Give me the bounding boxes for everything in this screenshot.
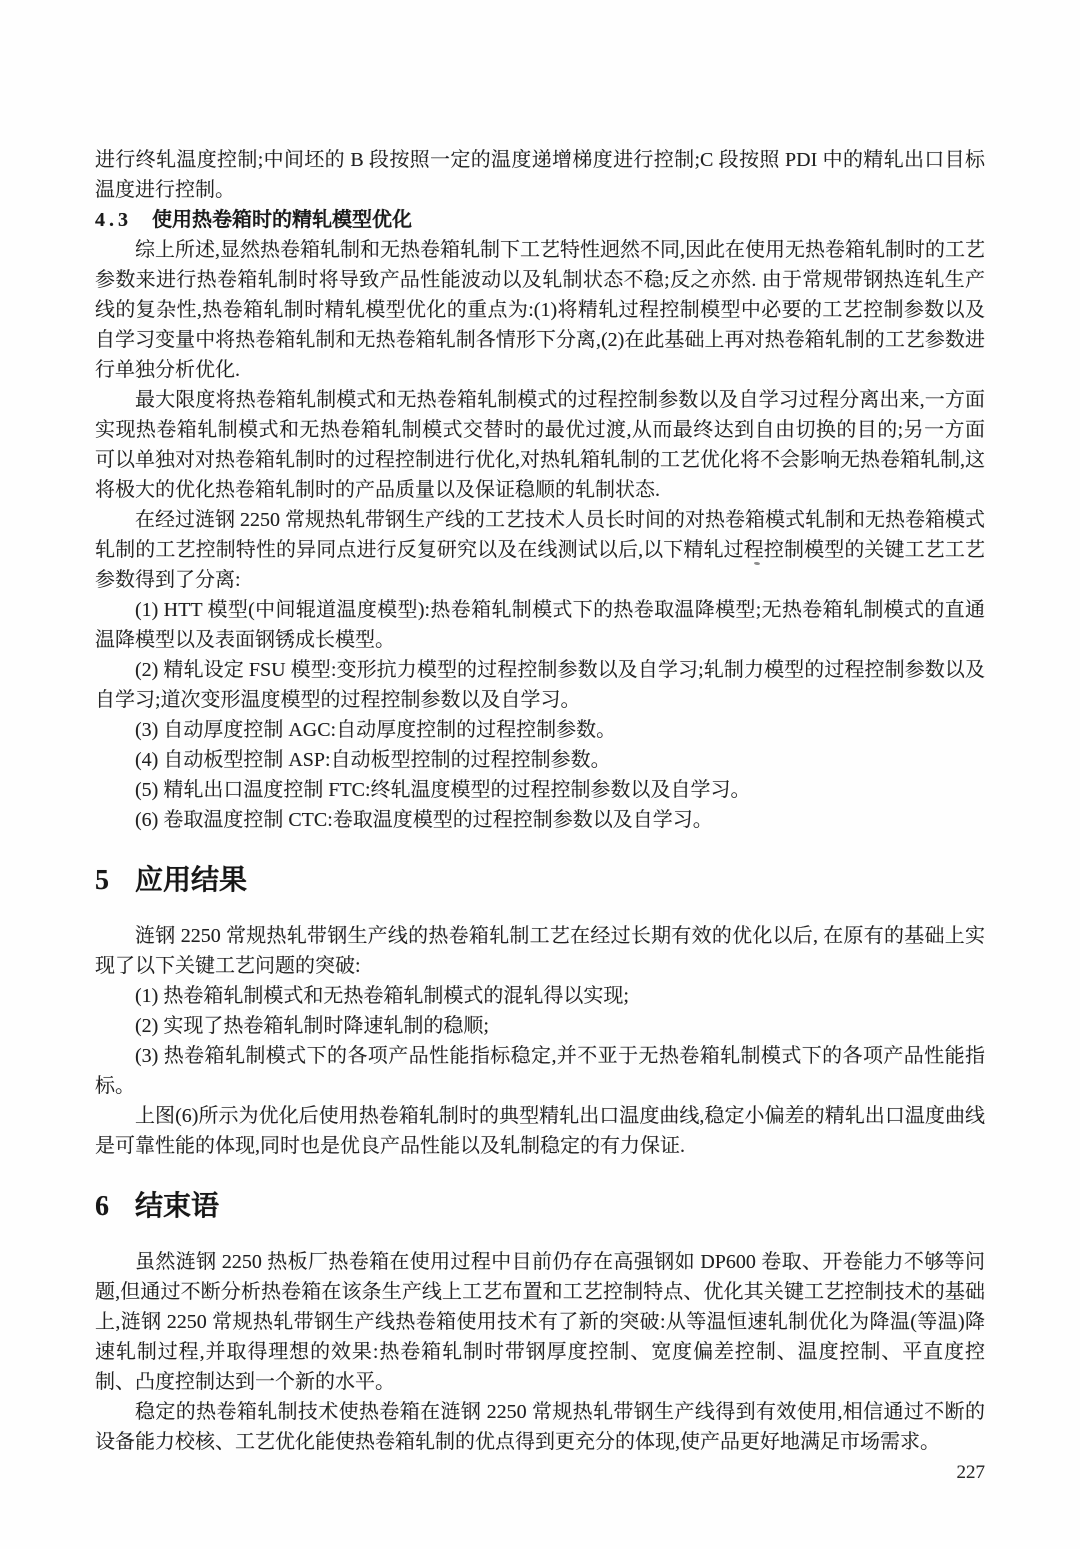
section-5-heading: 5应用结果 (95, 864, 985, 898)
page-content: 进行终轧温度控制;中间坯的 B 段按照一定的温度递增梯度进行控制;C 段按照 P… (95, 145, 985, 1485)
model-list-item-ftc: (5) 精轧出口温度控制 FTC:终轧温度模型的过程控制参数以及自学习。 (95, 775, 985, 805)
section-4-3-heading: 4.3使用热卷箱时的精轧模型优化 (95, 205, 985, 235)
paragraph-temperature-curve: 上图(6)所示为优化后使用热卷箱轧制时的典型精轧出口温度曲线,稳定小偏差的精轧出… (95, 1101, 985, 1161)
paragraph-conclusion-outlook: 稳定的热卷箱轧制技术使热卷箱在涟钢 2250 常规热轧带钢生产线得到有效使用,相… (95, 1397, 985, 1457)
result-list-item-2: (2) 实现了热卷箱轧制时降速轧制的稳顺; (95, 1011, 985, 1041)
paragraph-application-intro: 涟钢 2250 常规热轧带钢生产线的热卷箱轧制工艺在经过长期有效的优化以后, 在… (95, 921, 985, 981)
section-5-number: 5 (95, 865, 109, 896)
scanned-paper-page: 进行终轧温度控制;中间坯的 B 段按照一定的温度递增梯度进行控制;C 段按照 P… (0, 0, 1080, 1549)
page-number: 227 (95, 1461, 985, 1485)
paragraph-model-optimization-overview: 综上所述,显然热卷箱轧制和无热卷箱轧制下工艺特性迥然不同,因此在使用无热卷箱轧制… (95, 235, 985, 385)
section-4-3-title: 使用热卷箱时的精轧模型优化 (152, 209, 412, 231)
section-4-3-number: 4.3 (95, 209, 132, 231)
result-list-item-1: (1) 热卷箱轧制模式和无热卷箱轧制模式的混轧得以实现; (95, 981, 985, 1011)
result-list-item-3: (3) 热卷箱轧制模式下的各项产品性能指标稳定,并不亚于无热卷箱轧制模式下的各项… (95, 1041, 985, 1101)
model-list-item-fsu: (2) 精轧设定 FSU 模型:变形抗力模型的过程控制参数以及自学习;轧制力模型… (95, 655, 985, 715)
paragraph-conclusion-breakthrough: 虽然涟钢 2250 热板厂热卷箱在使用过程中目前仍存在高强钢如 DP600 卷取… (95, 1247, 985, 1397)
model-list-item-htt: (1) HTT 模型(中间辊道温度模型):热卷箱轧制模式下的热卷取温降模型;无热… (95, 595, 985, 655)
section-6-heading: 6结束语 (95, 1190, 985, 1224)
paragraph-parameter-separation: 最大限度将热卷箱轧制模式和无热卷箱轧制模式的过程控制参数以及自学习过程分离出来,… (95, 385, 985, 505)
model-list-item-ctc: (6) 卷取温度控制 CTC:卷取温度模型的过程控制参数以及自学习。 (95, 805, 985, 835)
section-6-number: 6 (95, 1191, 109, 1222)
model-list-item-asp: (4) 自动板型控制 ASP:自动板型控制的过程控制参数。 (95, 745, 985, 775)
paragraph-temp-control-continuation: 进行终轧温度控制;中间坯的 B 段按照一定的温度递增梯度进行控制;C 段按照 P… (95, 145, 985, 205)
section-6-title: 结束语 (135, 1191, 219, 1222)
paragraph-lian-steel-research: 在经过涟钢 2250 常规热轧带钢生产线的工艺技术人员长时间的对热卷箱模式轧制和… (95, 505, 985, 595)
section-5-title: 应用结果 (135, 865, 247, 896)
model-list-item-agc: (3) 自动厚度控制 AGC:自动厚度控制的过程控制参数。 (95, 715, 985, 745)
